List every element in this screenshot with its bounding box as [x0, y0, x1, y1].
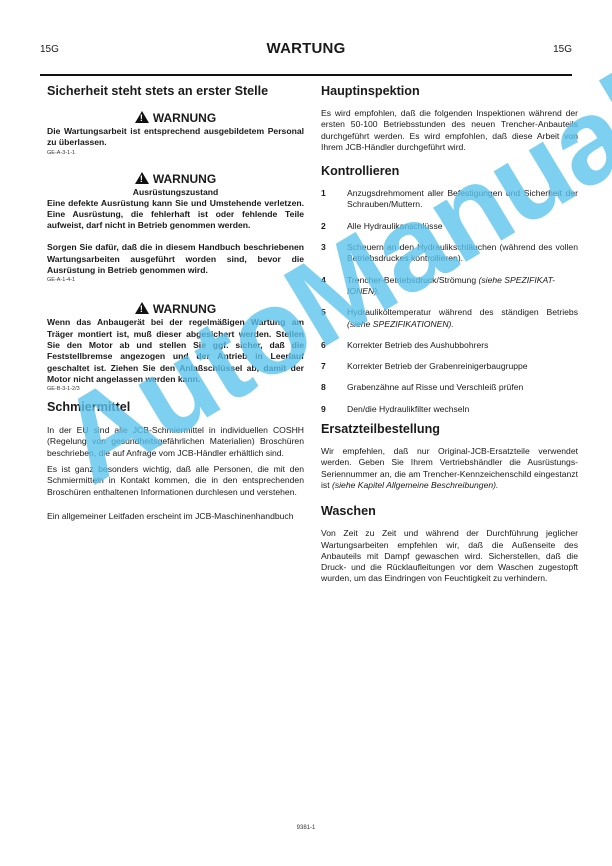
warning-text: Wenn das Anbaugerät bei der regelmäßigen…	[47, 317, 304, 385]
warning-text: Eine defekte Ausrüstung kann Sie und Ums…	[47, 198, 304, 232]
check-heading: Kontrollieren	[321, 163, 578, 179]
warning-block-3: WARNUNG Wenn das Anbaugerät bei der rege…	[47, 302, 304, 393]
list-item: 7Korrekter Betrieb der Grabenreinigerbau…	[321, 361, 578, 372]
main-inspection-text: Es wird empfohlen, daß die folgenden Ins…	[321, 108, 578, 153]
page-footer-ref: 9381-1	[0, 825, 612, 831]
list-item: 3Scheuern an den Hydraulikschläuchen (wä…	[321, 242, 578, 265]
warning-ref: GE-B-3-1-2/3	[47, 385, 304, 393]
right-column: Hauptinspektion Es wird empfohlen, daß d…	[321, 83, 578, 585]
warning-triangle-icon	[135, 172, 149, 184]
list-item: 8Grabenzähne auf Risse und Verschleiß pr…	[321, 382, 578, 393]
warning-text: Die Wartungsarbeit ist entsprechend ausg…	[47, 126, 304, 149]
warning-label: WARNUNG	[153, 302, 216, 316]
safety-heading: Sicherheit steht stets an erster Stelle	[47, 83, 304, 99]
manual-page: 15G WARTUNG 15G Sicherheit steht stets a…	[0, 0, 612, 866]
lubricants-paragraph: Es ist ganz besonders wichtig, daß alle …	[47, 464, 304, 498]
warning-subtitle: Ausrüstungszustand	[47, 187, 304, 198]
section-code-right: 15G	[553, 44, 572, 55]
page-title: WARTUNG	[40, 40, 572, 57]
spec-reference: (siehe SPEZIFIKATIONEN).	[347, 319, 454, 329]
warning-label: WARNUNG	[153, 111, 216, 125]
page-header: 15G WARTUNG 15G	[40, 40, 572, 60]
warning-triangle-icon	[135, 111, 149, 123]
list-item: 6Korrekter Betrieb des Aushubbohrers	[321, 340, 578, 351]
washing-heading: Waschen	[321, 503, 578, 519]
warning-text: Sorgen Sie dafür, daß die in diesem Hand…	[47, 242, 304, 276]
left-column: Sicherheit steht stets an erster Stelle …	[47, 83, 304, 522]
warning-ref: GE-A-3-1-1	[47, 149, 304, 157]
lubricants-heading: Schmiermittel	[47, 399, 304, 415]
list-item: 9Den/die Hydraulikfilter wechseln	[321, 404, 578, 415]
parts-heading: Ersatzteilbestellung	[321, 421, 578, 437]
list-item: 2Alle Hydraulikanschlüsse	[321, 221, 578, 232]
list-item: 4Trencher-Betriebsdruck/Strömung (siehe …	[321, 275, 578, 298]
list-item: 1Anzugsdrehmoment aller Befestigungen un…	[321, 188, 578, 211]
main-inspection-heading: Hauptinspektion	[321, 83, 578, 99]
header-divider	[40, 74, 572, 76]
warning-label: WARNUNG	[153, 172, 216, 186]
chapter-reference: (siehe Kapitel Allgemeine Beschreibungen…	[332, 480, 498, 490]
lubricants-paragraph: Ein allgemeiner Leitfaden erscheint im J…	[47, 511, 304, 522]
lubricants-paragraph: In der EU sind alle JCB-Schmiermittel in…	[47, 425, 304, 459]
washing-text: Von Zeit zu Zeit und während der Durchfü…	[321, 528, 578, 584]
check-list: 1Anzugsdrehmoment aller Befestigungen un…	[321, 188, 578, 415]
warning-block-2: WARNUNG Ausrüstungszustand Eine defekte …	[47, 172, 304, 285]
list-item: 5Hydrauliköltemperatur während des ständ…	[321, 307, 578, 330]
warning-triangle-icon	[135, 302, 149, 314]
warning-block-1: WARNUNG Die Wartungsarbeit ist entsprech…	[47, 111, 304, 157]
warning-ref: GE-A-1-4-1	[47, 276, 304, 284]
parts-text: Wir empfehlen, daß nur Original-JCB-Ersa…	[321, 446, 578, 491]
